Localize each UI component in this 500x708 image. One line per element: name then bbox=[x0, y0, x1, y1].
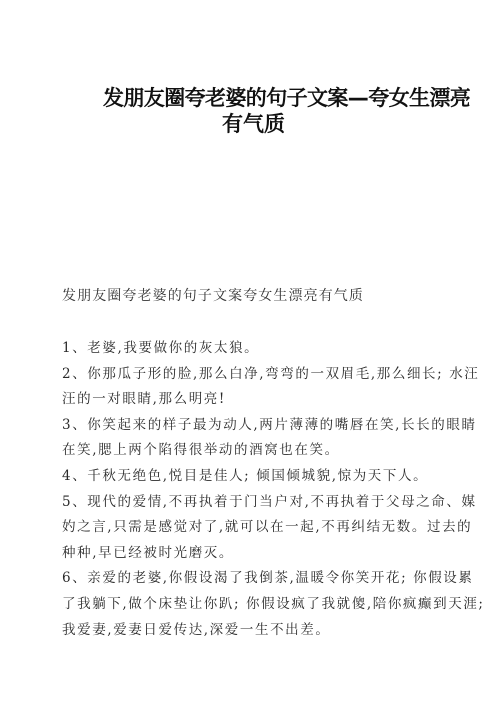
paragraph-line: 了我躺下,做个床垫让你趴; 你假设疯了我就傻,陪你疯癫到天涯; bbox=[62, 592, 462, 618]
document-page: 发朋友圈夸老婆的句子文案—夸女生漂亮 有气质 发朋友圈夸老婆的句子文案夸女生漂亮… bbox=[0, 0, 500, 708]
paragraph-line: 3、你笑起来的样子最为动人,两片薄薄的嘴唇在笑,长长的眼睛 bbox=[62, 413, 462, 439]
paragraph-line: 6、亲爱的老婆,你假设渴了我倒茶,温暖令你笑开花; 你假设累 bbox=[62, 566, 462, 592]
paragraph-5: 5、现代的爱情,不再执着于门当户对,不再执着于父母之命、媒 妁之言,只需是感觉对… bbox=[62, 490, 462, 567]
paragraph-line: 种种,早已经被时光磨灭。 bbox=[62, 541, 462, 567]
document-title-line-2: 有气质 bbox=[222, 112, 285, 137]
paragraph-line: 5、现代的爱情,不再执着于门当户对,不再执着于父母之命、媒 bbox=[62, 490, 462, 516]
paragraph-line: 汪的一对眼睛,那么明亮! bbox=[62, 387, 462, 413]
paragraph-1: 1、老婆,我要做你的灰太狼。 bbox=[62, 336, 462, 362]
document-title-line-1: 发朋友圈夸老婆的句子文案—夸女生漂亮 bbox=[103, 86, 470, 111]
paragraph-line: 妁之言,只需是感觉对了,就可以在一起,不再纠结无数。过去的 bbox=[62, 515, 462, 541]
paragraph-4: 4、千秋无绝色,悦目是佳人; 倾国倾城貌,惊为天下人。 bbox=[62, 464, 462, 490]
document-body: 1、老婆,我要做你的灰太狼。 2、你那瓜子形的脸,那么白净,弯弯的一双眉毛,那么… bbox=[62, 336, 462, 643]
paragraph-line: 我爱妻,爱妻日爱传达,深爱一生不出差。 bbox=[62, 618, 462, 644]
paragraph-2: 2、你那瓜子形的脸,那么白净,弯弯的一双眉毛,那么细长; 水汪 汪的一对眼睛,那… bbox=[62, 362, 462, 413]
paragraph-3: 3、你笑起来的样子最为动人,两片薄薄的嘴唇在笑,长长的眼睛 在笑,腮上两个陷得很… bbox=[62, 413, 462, 464]
document-subheading: 发朋友圈夸老婆的句子文案夸女生漂亮有气质 bbox=[62, 286, 364, 306]
paragraph-line: 4、千秋无绝色,悦目是佳人; 倾国倾城貌,惊为天下人。 bbox=[62, 464, 462, 490]
paragraph-line: 1、老婆,我要做你的灰太狼。 bbox=[62, 336, 462, 362]
paragraph-6: 6、亲爱的老婆,你假设渴了我倒茶,温暖令你笑开花; 你假设累 了我躺下,做个床垫… bbox=[62, 566, 462, 643]
paragraph-line: 2、你那瓜子形的脸,那么白净,弯弯的一双眉毛,那么细长; 水汪 bbox=[62, 362, 462, 388]
paragraph-line: 在笑,腮上两个陷得很举动的酒窝也在笑。 bbox=[62, 438, 462, 464]
